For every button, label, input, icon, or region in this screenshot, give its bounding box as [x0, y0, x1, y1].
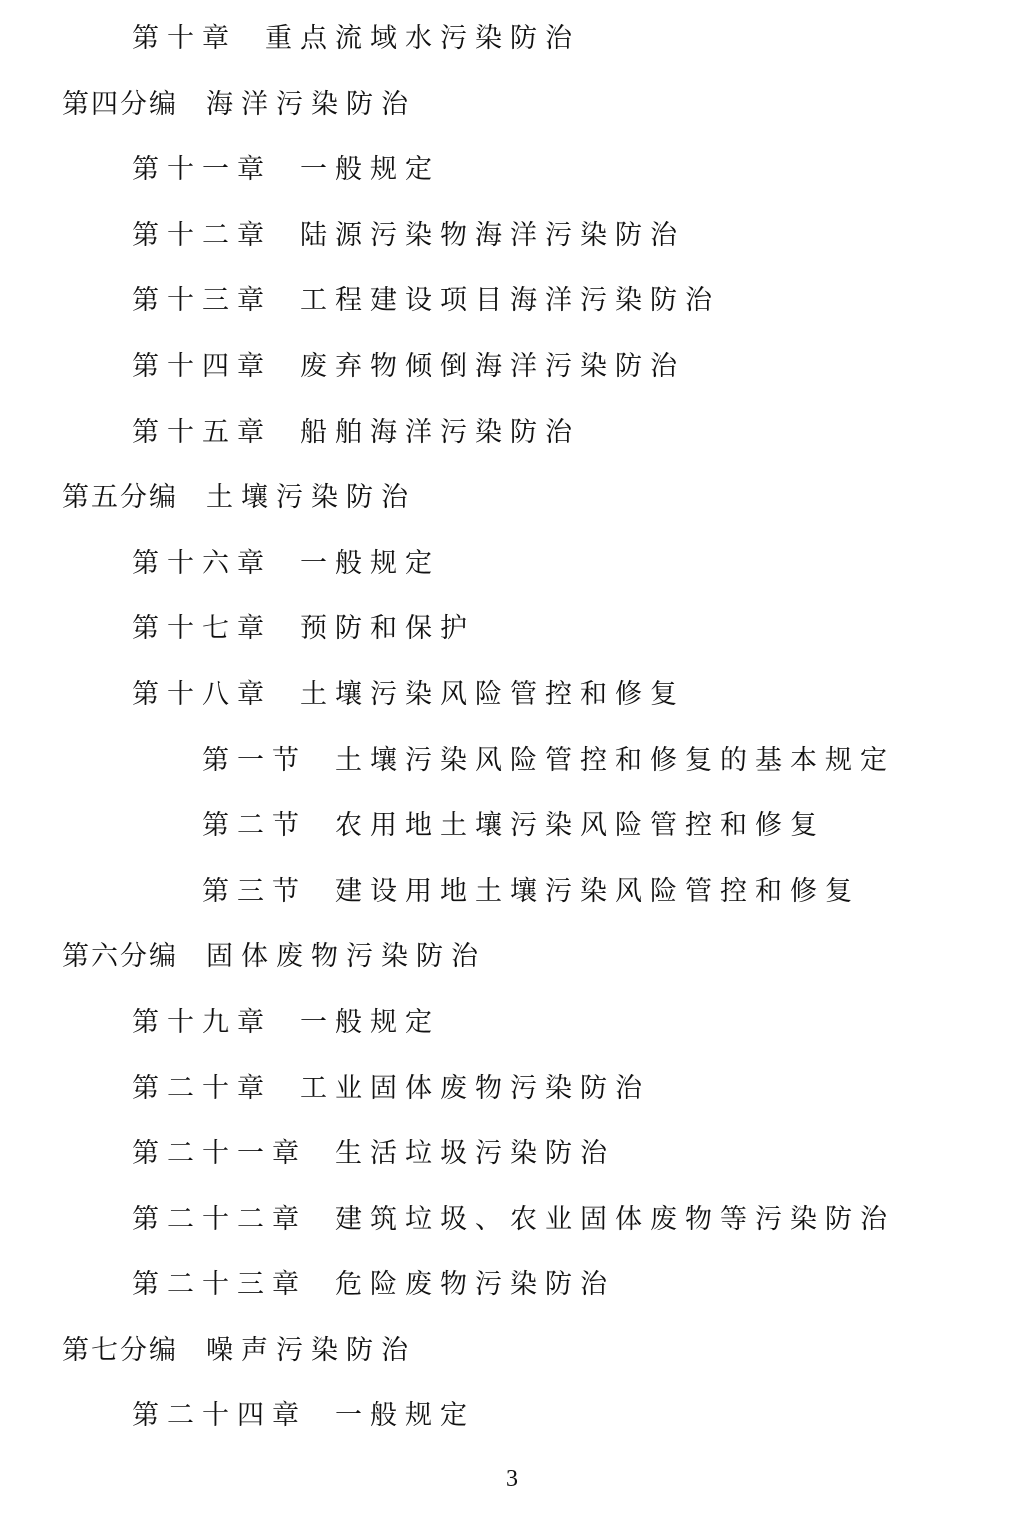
toc-chapter-21: 第二十一章生活垃圾污染防治	[0, 1134, 1024, 1200]
toc-part-4: 第四分编海洋污染防治	[0, 85, 1024, 151]
toc-title: 陆源污染物海洋污染防治	[300, 220, 685, 251]
toc-title: 固体废物污染防治	[206, 941, 486, 972]
toc-title: 危险废物污染防治	[335, 1269, 615, 1300]
toc-title: 重点流域水污染防治	[265, 23, 580, 54]
toc-title: 海洋污染防治	[206, 89, 416, 120]
toc-number: 第二十一章	[132, 1134, 307, 1174]
toc-title: 废弃物倾倒海洋污染防治	[300, 351, 685, 382]
toc-title: 土壤污染风险管控和修复	[300, 679, 685, 710]
page-number: 3	[0, 1466, 1024, 1493]
toc-number: 第一节	[202, 741, 307, 781]
table-of-contents: 第十章重点流域水污染防治 第四分编海洋污染防治 第十一章一般规定 第十二章陆源污…	[0, 19, 1024, 1462]
toc-chapter-17: 第十七章预防和保护	[0, 609, 1024, 675]
toc-number: 第五分编	[62, 478, 178, 518]
toc-title: 船舶海洋污染防治	[300, 417, 580, 448]
toc-number: 第二节	[202, 806, 307, 846]
toc-part-5: 第五分编土壤污染防治	[0, 478, 1024, 544]
toc-title: 工程建设项目海洋污染防治	[300, 285, 720, 316]
toc-chapter-24: 第二十四章一般规定	[0, 1396, 1024, 1462]
toc-title: 土壤污染防治	[206, 482, 416, 513]
toc-chapter-10: 第十章重点流域水污染防治	[0, 19, 1024, 85]
toc-title: 工业固体废物污染防治	[300, 1073, 650, 1104]
toc-number: 第二十四章	[132, 1396, 307, 1436]
toc-title: 一般规定	[300, 548, 440, 579]
toc-chapter-20: 第二十章工业固体废物污染防治	[0, 1069, 1024, 1135]
toc-number: 第十章	[132, 19, 237, 59]
toc-number: 第七分编	[62, 1331, 178, 1371]
toc-number: 第三节	[202, 872, 307, 912]
toc-chapter-23: 第二十三章危险废物污染防治	[0, 1265, 1024, 1331]
toc-title: 建设用地土壤污染风险管控和修复	[335, 876, 860, 907]
toc-chapter-11: 第十一章一般规定	[0, 150, 1024, 216]
toc-part-6: 第六分编固体废物污染防治	[0, 937, 1024, 1003]
toc-title: 土壤污染风险管控和修复的基本规定	[335, 745, 895, 776]
toc-number: 第十三章	[132, 281, 272, 321]
toc-number: 第四分编	[62, 85, 178, 125]
toc-number: 第十二章	[132, 216, 272, 256]
toc-title: 预防和保护	[300, 613, 475, 644]
toc-number: 第二十三章	[132, 1265, 307, 1305]
toc-number: 第十八章	[132, 675, 272, 715]
toc-number: 第十七章	[132, 609, 272, 649]
toc-number: 第六分编	[62, 937, 178, 977]
toc-title: 生活垃圾污染防治	[335, 1138, 615, 1169]
toc-section-3: 第三节建设用地土壤污染风险管控和修复	[0, 872, 1024, 938]
toc-section-1: 第一节土壤污染风险管控和修复的基本规定	[0, 741, 1024, 807]
toc-title: 一般规定	[300, 1007, 440, 1038]
toc-part-7: 第七分编噪声污染防治	[0, 1331, 1024, 1397]
toc-chapter-12: 第十二章陆源污染物海洋污染防治	[0, 216, 1024, 282]
toc-chapter-13: 第十三章工程建设项目海洋污染防治	[0, 281, 1024, 347]
toc-number: 第十四章	[132, 347, 272, 387]
toc-number: 第二十章	[132, 1069, 272, 1109]
toc-number: 第十一章	[132, 150, 272, 190]
toc-title: 一般规定	[300, 154, 440, 185]
toc-title: 噪声污染防治	[206, 1335, 416, 1366]
toc-chapter-16: 第十六章一般规定	[0, 544, 1024, 610]
toc-title: 一般规定	[335, 1400, 475, 1431]
toc-chapter-19: 第十九章一般规定	[0, 1003, 1024, 1069]
toc-number: 第十六章	[132, 544, 272, 584]
toc-chapter-15: 第十五章船舶海洋污染防治	[0, 413, 1024, 479]
toc-number: 第十五章	[132, 413, 272, 453]
toc-chapter-14: 第十四章废弃物倾倒海洋污染防治	[0, 347, 1024, 413]
toc-chapter-18: 第十八章土壤污染风险管控和修复	[0, 675, 1024, 741]
toc-title: 农用地土壤污染风险管控和修复	[335, 810, 825, 841]
toc-number: 第十九章	[132, 1003, 272, 1043]
toc-chapter-22: 第二十二章建筑垃圾、农业固体废物等污染防治	[0, 1200, 1024, 1266]
toc-number: 第二十二章	[132, 1200, 307, 1240]
toc-title: 建筑垃圾、农业固体废物等污染防治	[335, 1204, 895, 1235]
toc-section-2: 第二节农用地土壤污染风险管控和修复	[0, 806, 1024, 872]
